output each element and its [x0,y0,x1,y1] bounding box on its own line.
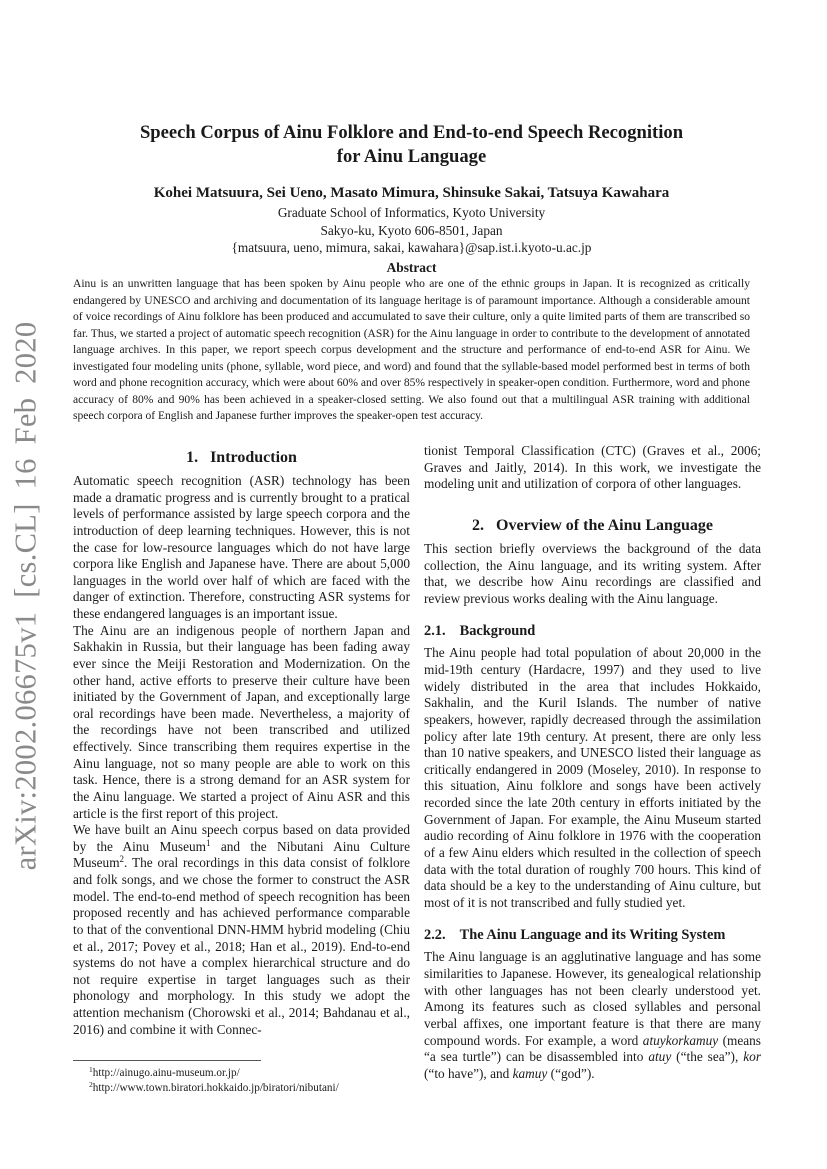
paragraph-text: (“to have”), and [424,1066,513,1081]
subsection-number: 2.1. [424,623,446,639]
footnote-url[interactable]: http://www.town.biratori.hokkaido.jp/bir… [93,1082,339,1094]
affiliation: Graduate School of Informatics, Kyoto Un… [73,204,750,257]
ainu-word: kamuy [513,1066,548,1081]
intro-paragraph-3: We have built an Ainu speech corpus base… [73,822,410,1038]
intro-paragraph-3-continued: tionist Temporal Classification (CTC) (G… [424,443,761,493]
writing-system-paragraph: The Ainu language is an agglutinative la… [424,949,761,1082]
author-list: Kohei Matsuura, Sei Ueno, Masato Mimura,… [73,184,750,202]
arxiv-id-text: arXiv:2002.06675v1 [cs.CL] 16 Feb 2020 [9,322,44,871]
footnote-2: 2http://www.town.biratori.hokkaido.jp/bi… [73,1081,410,1096]
paper-title: Speech Corpus of Ainu Folklore and End-t… [73,121,750,169]
ainu-word: atuykorkamuy [643,1033,718,1048]
left-column: 1.Introduction Automatic speech recognit… [73,443,410,1038]
background-paragraph: The Ainu people had total population of … [424,645,761,911]
author-emails: {matsuura, ueno, mimura, sakai, kawahara… [73,239,750,257]
paragraph-text: (“god”). [547,1066,594,1081]
footnotes: 1http://ainugo.ainu-museum.or.jp/ 2http:… [73,1060,410,1096]
subsection-number: 2.2. [424,927,446,943]
footnote-1: 1http://ainugo.ainu-museum.or.jp/ [73,1066,410,1081]
section-2-heading: 2.Overview of the Ainu Language [424,515,761,537]
footnote-divider [73,1060,261,1061]
section-title: Overview of the Ainu Language [496,517,713,534]
subsection-title: The Ainu Language and its Writing System [460,927,726,943]
abstract-heading: Abstract [73,259,750,276]
subsection-2-1-heading: 2.1.Background [424,621,761,641]
section-number: 1. [186,449,198,466]
section-title: Introduction [210,449,297,466]
affiliation-address: Sakyo-ku, Kyoto 606-8501, Japan [73,222,750,240]
right-column: tionist Temporal Classification (CTC) (G… [424,443,761,1082]
abstract-text: Ainu is an unwritten language that has b… [73,276,750,425]
section-1-heading: 1.Introduction [73,447,410,469]
arxiv-identifier-stamp: arXiv:2002.06675v1 [cs.CL] 16 Feb 2020 [2,336,50,856]
subsection-title: Background [460,623,536,639]
title-line-1: Speech Corpus of Ainu Folklore and End-t… [73,121,750,145]
ainu-word: kor [743,1049,761,1064]
ainu-word: atuy [648,1049,671,1064]
affiliation-institution: Graduate School of Informatics, Kyoto Un… [73,204,750,222]
title-line-2: for Ainu Language [73,145,750,169]
intro-paragraph-2: The Ainu are an indigenous people of nor… [73,623,410,823]
intro-paragraph-1: Automatic speech recognition (ASR) techn… [73,473,410,623]
subsection-2-2-heading: 2.2.The Ainu Language and its Writing Sy… [424,925,761,945]
footnote-url[interactable]: http://ainugo.ainu-museum.or.jp/ [93,1067,240,1079]
paragraph-text: (“the sea”), [671,1049,743,1064]
section-2-intro: This section briefly overviews the backg… [424,541,761,608]
paragraph-text: . The oral recordings in this data consi… [73,855,410,1036]
section-number: 2. [472,517,484,534]
